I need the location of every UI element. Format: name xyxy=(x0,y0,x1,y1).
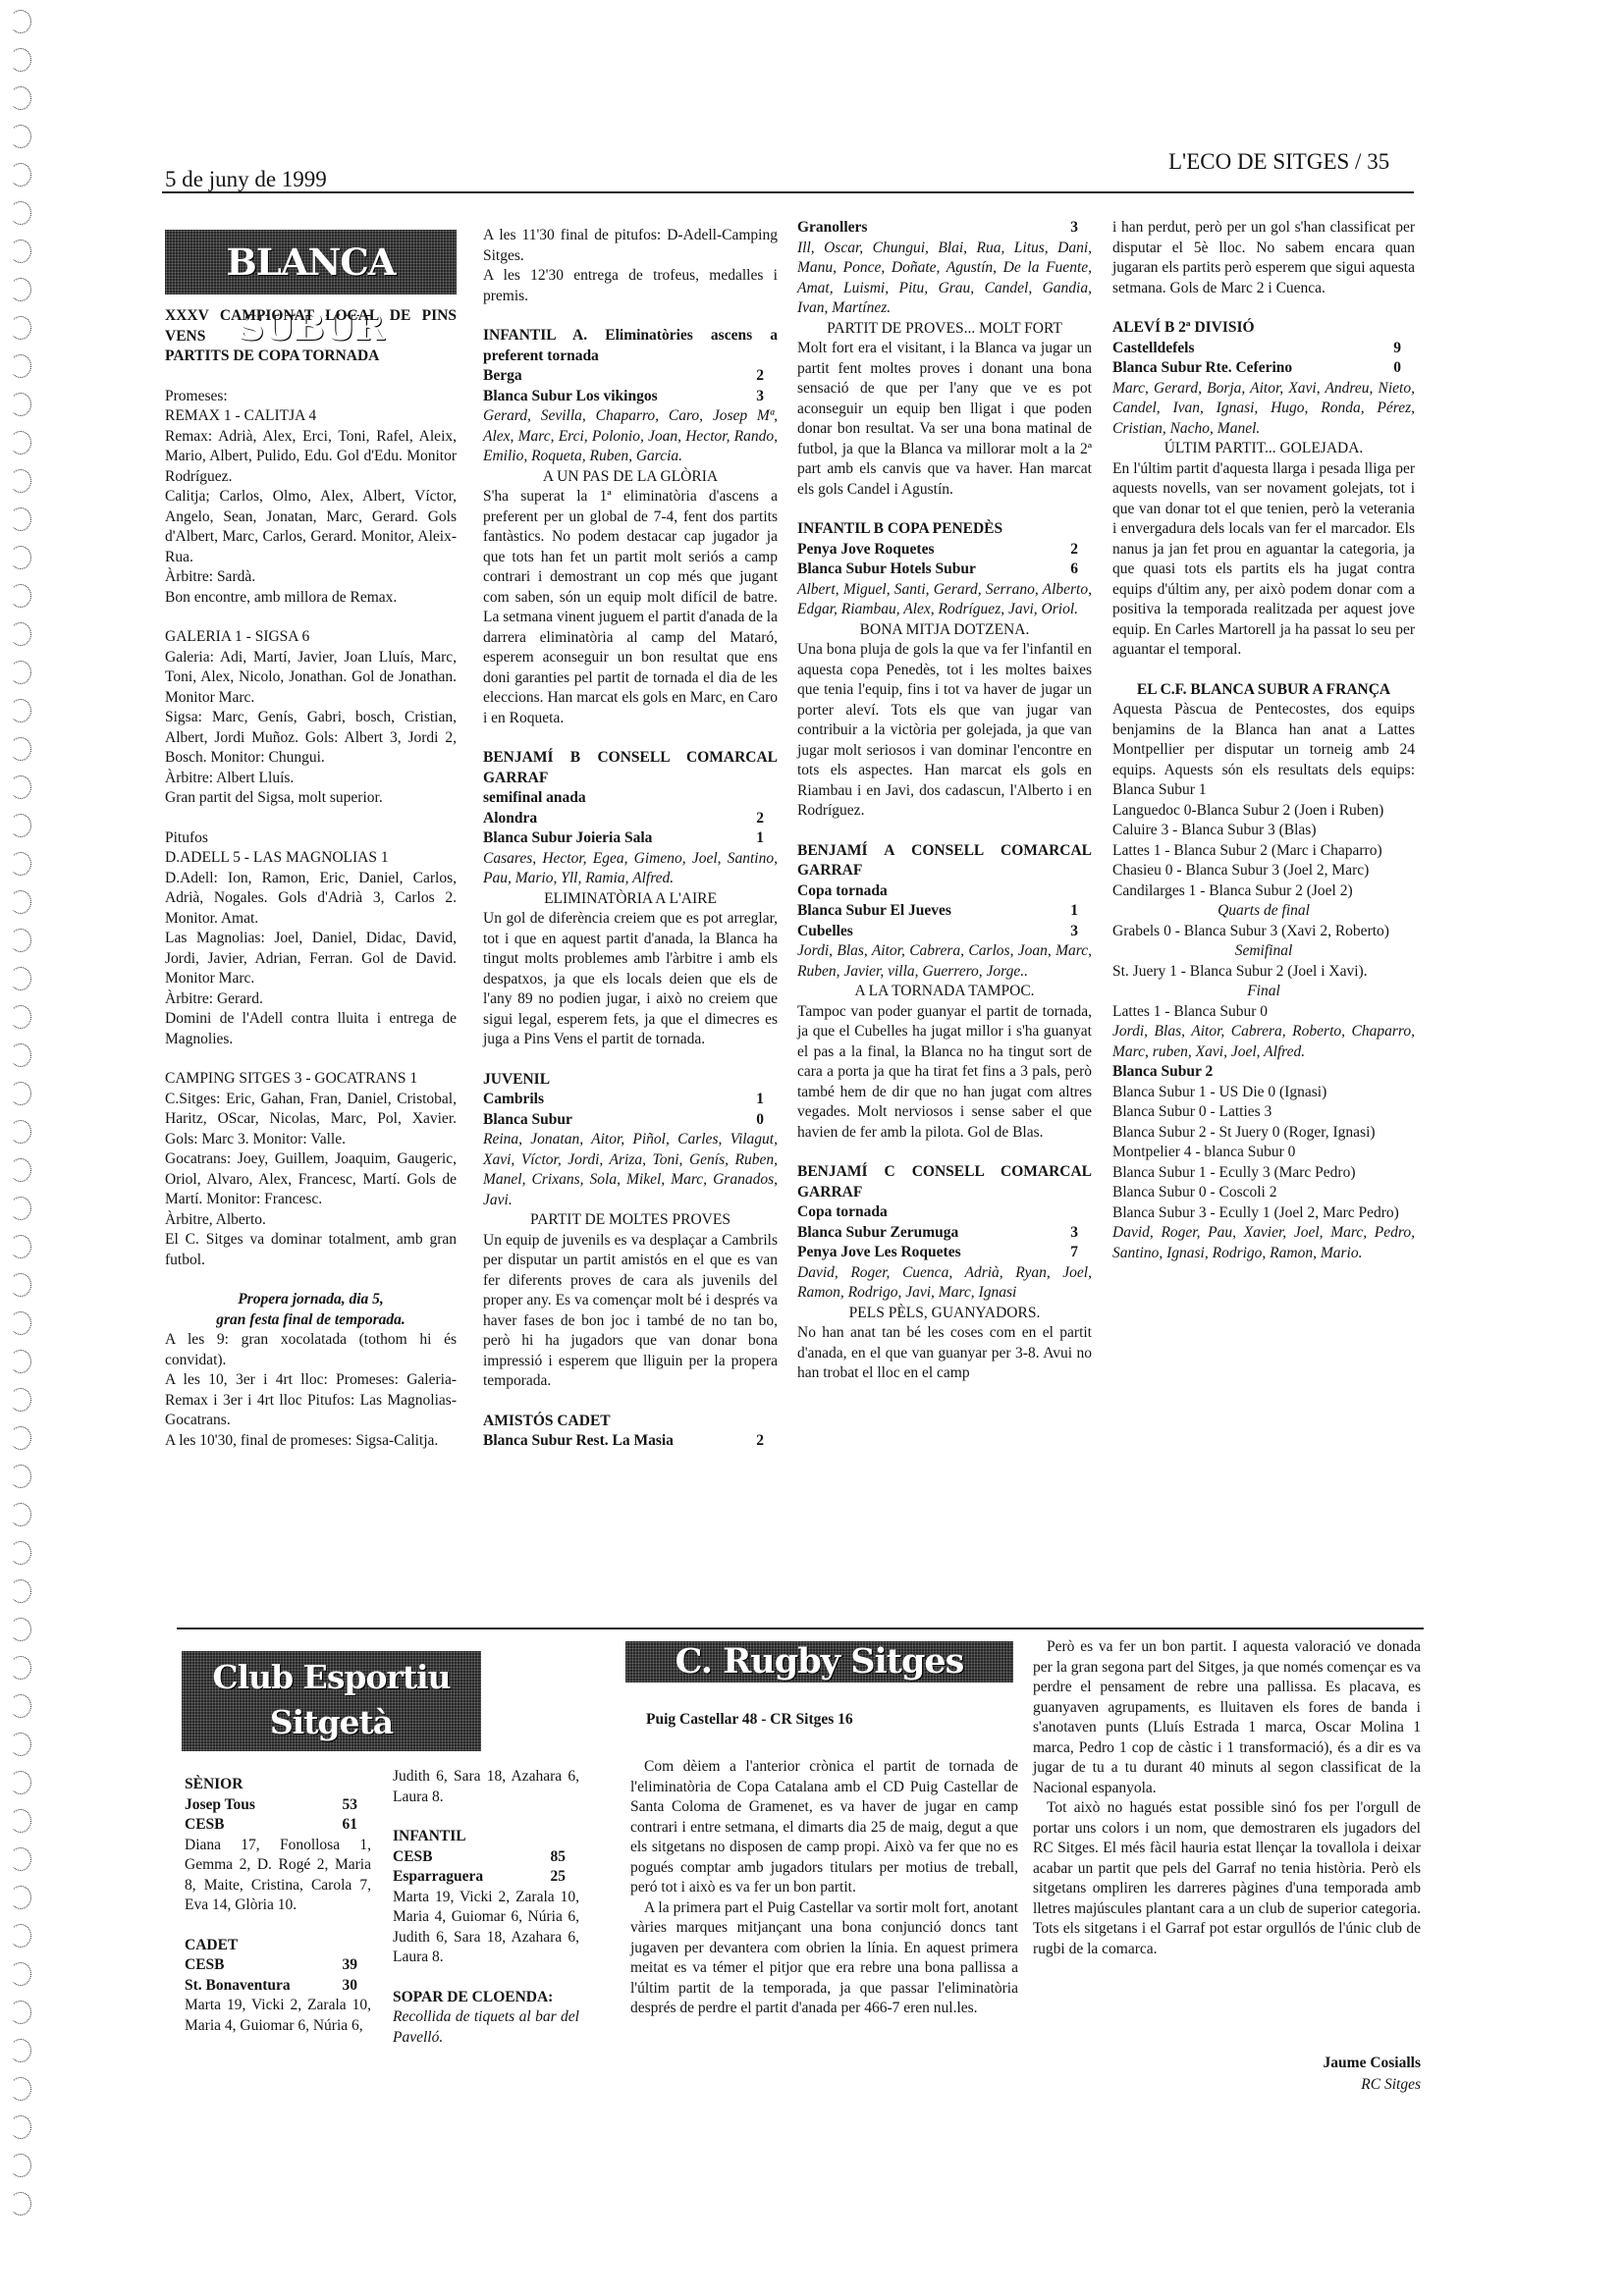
binding-hole-icon xyxy=(10,1618,31,1641)
paragraph: Semifinal xyxy=(1112,941,1415,962)
binding-hole-icon xyxy=(10,1388,31,1412)
binding-hole-icon xyxy=(10,775,31,799)
blanca-subur-column-2: A les 11'30 final de pitufos: D-Adell-Ca… xyxy=(483,226,778,1452)
binding-hole-icon xyxy=(10,1733,31,1756)
team-name: Cubelles xyxy=(797,922,853,942)
binding-hole-icon xyxy=(10,393,31,416)
score-row: Esparraguera25 xyxy=(393,1867,579,1888)
score-row: Blanca Subur Los vikingos3 xyxy=(483,387,778,407)
binding-hole-icon xyxy=(10,852,31,876)
paragraph: C.Sitges: Eric, Gahan, Fran, Daniel, Cri… xyxy=(165,1090,457,1150)
spacer xyxy=(185,1916,371,1936)
paragraph: En l'últim partit d'aquesta llarga i pes… xyxy=(1112,459,1415,661)
paragraph: Pitufos xyxy=(165,828,457,849)
paragraph: Chasieu 0 - Blanca Subur 3 (Joel 2, Marc… xyxy=(1112,861,1415,881)
paragraph: GALERIA 1 - SIGSA 6 xyxy=(165,627,457,648)
paragraph: Jordi, Blas, Aitor, Cabrera, Roberto, Ch… xyxy=(1112,1022,1415,1062)
score-row: CESB85 xyxy=(393,1847,579,1868)
binding-hole-icon xyxy=(10,1235,31,1258)
paragraph: Galeria: Adi, Martí, Javier, Joan Lluís,… xyxy=(165,648,457,709)
paragraph: A les 9: gran xocolatada (tothom hi és c… xyxy=(165,1330,457,1370)
binding-hole-icon xyxy=(10,967,31,990)
section-heading: BENJAMÍ A CONSELL COMARCAL GARRAF xyxy=(797,841,1092,881)
team-name: CESB xyxy=(185,1955,225,1976)
binding-hole-icon xyxy=(10,1273,31,1297)
binding-hole-icon xyxy=(10,1426,31,1450)
binding-hole-icon xyxy=(10,2077,31,2101)
paragraph: Àrbitre, Alberto. xyxy=(165,1210,457,1231)
paragraph: Un equip de juvenils es va desplaçar a C… xyxy=(483,1231,778,1392)
paragraph: Diana 17, Fonollosa 1, Gemma 2, D. Rogé … xyxy=(185,1836,371,1916)
spacer xyxy=(165,809,457,828)
club-esportiu-sitgeta-banner: Club Esportiu Sitgetà xyxy=(182,1651,481,1751)
binding-hole-icon xyxy=(10,2039,31,2062)
section-heading: INFANTIL A. Eliminatòries ascens a prefe… xyxy=(483,326,778,366)
section-heading: Copa tornada xyxy=(797,881,1092,902)
section-heading: Propera jornada, dia 5, xyxy=(165,1290,457,1310)
blanca-subur-banner: BLANCA SUBUR xyxy=(165,230,457,294)
paragraph: Grabels 0 - Blanca Subur 3 (Xavi 2, Robe… xyxy=(1112,922,1415,942)
paragraph: A LA TORNADA TAMPOC. xyxy=(797,982,1092,1002)
paragraph: Casares, Hector, Egea, Gimeno, Joel, San… xyxy=(483,849,778,889)
team-name: Blanca Subur Rest. La Masia xyxy=(483,1431,674,1452)
binding-hole-icon xyxy=(10,469,31,493)
paragraph: Marta 19, Vicki 2, Zarala 10, Maria 4, G… xyxy=(393,1888,579,1968)
team-score: 9 xyxy=(1393,339,1415,359)
team-score: 61 xyxy=(343,1815,372,1836)
team-score: 2 xyxy=(756,366,778,387)
binding-hole-icon xyxy=(10,1962,31,1986)
binding-hole-icon xyxy=(10,2001,31,2024)
team-name: Blanca Subur Los vikingos xyxy=(483,387,658,407)
paragraph: Però es va fer un bon partit. I aquesta … xyxy=(1033,1637,1421,1798)
binding-hole-icon xyxy=(10,1809,31,1833)
section-heading: AMISTÓS CADET xyxy=(483,1412,778,1432)
binding-hole-icon xyxy=(10,1197,31,1220)
team-score: 1 xyxy=(756,1090,778,1110)
paragraph: A les 11'30 final de pitufos: D-Adell-Ca… xyxy=(483,226,778,266)
paragraph: El C. Sitges va dominar totalment, amb g… xyxy=(165,1230,457,1270)
team-name: Penya Jove Roquetes xyxy=(797,540,935,561)
issue-date: 5 de juny de 1999 xyxy=(165,167,327,192)
binding-hole-icon xyxy=(10,1005,31,1029)
rugby-author: Jaume Cosialls xyxy=(1227,2054,1421,2074)
paragraph: Blanca Subur 1 - US Die 0 (Ignasi) xyxy=(1112,1083,1415,1103)
paragraph: Àrbitre: Gerard. xyxy=(165,989,457,1010)
spacer xyxy=(797,500,1092,519)
spacer xyxy=(1112,298,1415,318)
section-heading: SOPAR DE CLOENDA: xyxy=(393,1988,579,2008)
blanca-subur-column-1: XXXV CAMPIONAT LOCAL DE PINS VENSPARTITS… xyxy=(165,306,457,1451)
team-name: Alondra xyxy=(483,809,537,829)
score-row: Blanca Subur Joieria Sala1 xyxy=(483,828,778,849)
paragraph: PELS PÈLS, GUANYADORS. xyxy=(797,1304,1092,1324)
section-heading: INFANTIL xyxy=(393,1827,579,1847)
binding-hole-icon xyxy=(10,1503,31,1526)
paragraph: Tampoc van poder guanyar el partit de to… xyxy=(797,1002,1092,1144)
team-score: 3 xyxy=(1070,922,1092,942)
paragraph: Promeses: xyxy=(165,387,457,407)
paragraph: Recollida de tiquets al bar del Pavelló. xyxy=(393,2007,579,2048)
binding-hole-icon xyxy=(10,1082,31,1105)
binding-holes xyxy=(10,10,39,2230)
rugby-sitges-banner: C. Rugby Sitges xyxy=(625,1641,1013,1682)
paragraph: Las Magnolias: Joel, Daniel, Didac, Davi… xyxy=(165,929,457,989)
team-name: CESB xyxy=(393,1847,433,1868)
team-score: 53 xyxy=(343,1795,372,1816)
binding-hole-icon xyxy=(10,278,31,301)
binding-hole-icon xyxy=(10,1579,31,1603)
score-row: Granollers3 xyxy=(797,218,1092,239)
team-score: 3 xyxy=(756,387,778,407)
team-score: 3 xyxy=(1070,1223,1092,1244)
paragraph: Àrbitre: Albert Lluís. xyxy=(165,769,457,789)
score-row: Cambrils1 xyxy=(483,1090,778,1110)
binding-hole-icon xyxy=(10,890,31,914)
paragraph: Blanca Subur 0 - Latties 3 xyxy=(1112,1102,1415,1123)
paragraph: Ill, Oscar, Chungui, Blai, Rua, Litus, D… xyxy=(797,239,1092,319)
paragraph: Blanca Subur 1 - Ecully 3 (Marc Pedro) xyxy=(1112,1163,1415,1184)
team-name: Berga xyxy=(483,366,522,387)
score-row: Blanca Subur Rest. La Masia2 xyxy=(483,1431,778,1452)
paragraph: David, Roger, Pau, Xavier, Joel, Marc, P… xyxy=(1112,1223,1415,1263)
binding-hole-icon xyxy=(10,201,31,225)
team-score: 0 xyxy=(1393,358,1415,379)
binding-hole-icon xyxy=(10,699,31,722)
section-heading: semifinal anada xyxy=(483,788,778,809)
team-score: 85 xyxy=(551,1847,580,1868)
binding-hole-icon xyxy=(10,546,31,569)
spacer xyxy=(797,822,1092,841)
team-score: 3 xyxy=(1070,218,1092,239)
publication-page: L'ECO DE SITGES / 35 xyxy=(1168,149,1389,175)
score-row: Blanca Subur Zerumuga3 xyxy=(797,1223,1092,1244)
paragraph: Calitja; Carlos, Olmo, Alex, Albert, Víc… xyxy=(165,487,457,567)
paragraph: Gerard, Sevilla, Chaparro, Caro, Josep M… xyxy=(483,406,778,467)
score-row: St. Bonaventura30 xyxy=(185,1976,371,1997)
binding-hole-icon xyxy=(10,2192,31,2216)
paragraph: S'ha superat la 1ª eliminatòria d'ascens… xyxy=(483,487,778,728)
paragraph: CAMPING SITGES 3 - GOCATRANS 1 xyxy=(165,1069,457,1090)
spacer xyxy=(797,1143,1092,1162)
paragraph: D.ADELL 5 - LAS MAGNOLIAS 1 xyxy=(165,848,457,869)
spacer xyxy=(165,608,457,627)
paragraph: Caluire 3 - Blanca Subur 3 (Blas) xyxy=(1112,821,1415,841)
paragraph: A la primera part el Puig Castellar va s… xyxy=(630,1898,1018,2019)
spacer xyxy=(165,1270,457,1290)
rugby-column-1: Com dèiem a l'anterior crònica el partit… xyxy=(630,1757,1018,2019)
paragraph: Com dèiem a l'anterior crònica el partit… xyxy=(630,1757,1018,1898)
binding-hole-icon xyxy=(10,507,31,531)
rugby-author-org: RC Sitges xyxy=(1227,2075,1421,2096)
section-heading: XXXV CAMPIONAT LOCAL DE PINS VENS xyxy=(165,306,457,347)
paragraph: Blanca Subur 2 - St Juery 0 (Roger, Igna… xyxy=(1112,1123,1415,1144)
binding-hole-icon xyxy=(10,1847,31,1871)
paragraph: A les 10, 3er i 4rt lloc: Promeses: Gale… xyxy=(165,1370,457,1431)
binding-hole-icon xyxy=(10,737,31,761)
team-name: Blanca Subur Zerumuga xyxy=(797,1223,958,1244)
team-score: 30 xyxy=(343,1976,372,1997)
paragraph: A les 12'30 entrega de trofeus, medalles… xyxy=(483,266,778,306)
paragraph: Blanca Subur 3 - Ecully 1 (Joel 2, Marc … xyxy=(1112,1203,1415,1224)
team-score: 0 xyxy=(756,1110,778,1131)
section-heading: EL C.F. BLANCA SUBUR A FRANÇA xyxy=(1112,680,1415,701)
paragraph: Lattes 1 - Blanca Subur 0 xyxy=(1112,1002,1415,1023)
score-row: Berga2 xyxy=(483,366,778,387)
spacer xyxy=(393,1968,579,1988)
section-heading: JUVENIL xyxy=(483,1070,778,1091)
team-name: Josep Tous xyxy=(185,1795,255,1816)
score-row: Alondra2 xyxy=(483,809,778,829)
paragraph: PARTIT DE PROVES... MOLT FORT xyxy=(797,319,1092,340)
section-heading: ALEVÍ B 2ª DIVISIÓ xyxy=(1112,318,1415,339)
paragraph: Gocatrans: Joey, Guillem, Joaquim, Gauge… xyxy=(165,1149,457,1210)
team-score: 25 xyxy=(551,1867,580,1888)
paragraph: ÚLTIM PARTIT... GOLEJADA. xyxy=(1112,439,1415,459)
binding-hole-icon xyxy=(10,1694,31,1718)
score-row: CESB39 xyxy=(185,1955,371,1976)
team-name: Blanca Subur xyxy=(483,1110,572,1131)
spacer xyxy=(165,1049,457,1069)
paragraph: BONA MITJA DOTZENA. xyxy=(797,620,1092,641)
team-name: Castelldefels xyxy=(1112,339,1195,359)
binding-hole-icon xyxy=(10,622,31,646)
team-name: St. Bonaventura xyxy=(185,1976,291,1997)
rugby-column-2: Però es va fer un bon partit. I aquesta … xyxy=(1033,1637,1421,1959)
paragraph: Aquesta Pàscua de Pentecostes, dos equip… xyxy=(1112,700,1415,801)
paragraph: Àrbitre: Sardà. xyxy=(165,567,457,588)
team-name: Penya Jove Les Roquetes xyxy=(797,1243,961,1263)
team-score: 1 xyxy=(756,828,778,849)
score-row: CESB61 xyxy=(185,1815,371,1836)
binding-hole-icon xyxy=(10,163,31,187)
binding-hole-icon xyxy=(10,1350,31,1373)
team-name: Blanca Subur Rte. Ceferino xyxy=(1112,358,1292,379)
paragraph: Domini de l'Adell contra lluita i entreg… xyxy=(165,1009,457,1049)
paragraph: D.Adell: Ion, Ramon, Eric, Daniel, Carlo… xyxy=(165,869,457,930)
spacer xyxy=(165,367,457,387)
binding-hole-icon xyxy=(10,929,31,952)
binding-hole-icon xyxy=(10,86,31,110)
paragraph: Sigsa: Marc, Genís, Gabri, bosch, Cristi… xyxy=(165,708,457,769)
binding-hole-icon xyxy=(10,1120,31,1144)
section-heading: PARTITS DE COPA TORNADA xyxy=(165,347,457,367)
team-score: 1 xyxy=(1070,901,1092,922)
team-score: 2 xyxy=(756,1431,778,1452)
paragraph: Tot això no hagués estat possible sinó f… xyxy=(1033,1798,1421,1959)
binding-hole-icon xyxy=(10,240,31,263)
section-heading: BENJAMÍ B CONSELL COMARCAL GARRAF xyxy=(483,748,778,788)
binding-hole-icon xyxy=(10,1656,31,1680)
header-rule xyxy=(162,191,1414,193)
paragraph: REMAX 1 - CALITJA 4 xyxy=(165,406,457,427)
paragraph: Un gol de diferència creiem que es pot a… xyxy=(483,909,778,1050)
binding-hole-icon xyxy=(10,1043,31,1067)
paragraph: No han anat tan bé les coses com en el p… xyxy=(797,1323,1092,1384)
binding-hole-icon xyxy=(10,2154,31,2177)
paragraph: Montpelier 4 - blanca Subur 0 xyxy=(1112,1143,1415,1163)
team-name: Blanca Subur Joieria Sala xyxy=(483,828,652,849)
section-heading: BENJAMÍ C CONSELL COMARCAL GARRAF xyxy=(797,1162,1092,1202)
section-divider xyxy=(177,1628,1424,1629)
team-score: 7 xyxy=(1070,1243,1092,1263)
banner-line-2: Sitgetà xyxy=(182,1700,481,1745)
binding-hole-icon xyxy=(10,316,31,340)
binding-hole-icon xyxy=(10,1771,31,1794)
binding-hole-icon xyxy=(10,125,31,148)
binding-hole-icon xyxy=(10,2115,31,2139)
section-heading: CADET xyxy=(185,1936,371,1956)
spacer xyxy=(483,306,778,326)
binding-hole-icon xyxy=(10,814,31,837)
binding-hole-icon xyxy=(10,661,31,684)
paragraph: Jordi, Blas, Aitor, Cabrera, Carlos, Joa… xyxy=(797,941,1092,982)
team-name: Esparraguera xyxy=(393,1867,483,1888)
paragraph: David, Roger, Cuenca, Adrià, Ryan, Joel,… xyxy=(797,1263,1092,1304)
paragraph: Albert, Miguel, Santi, Gerard, Serrano, … xyxy=(797,580,1092,620)
paragraph: St. Juery 1 - Blanca Subur 2 (Joel i Xav… xyxy=(1112,962,1415,983)
section-heading: SÈNIOR xyxy=(185,1775,371,1795)
paragraph: PARTIT DE MOLTES PROVES xyxy=(483,1210,778,1231)
binding-hole-icon xyxy=(10,584,31,608)
binding-hole-icon xyxy=(10,1158,31,1182)
paragraph: Candilarges 1 - Blanca Subur 2 (Joel 2) xyxy=(1112,881,1415,902)
section-heading: gran festa final de temporada. xyxy=(165,1310,457,1331)
score-row: Penya Jove Roquetes2 xyxy=(797,540,1092,561)
team-name: Blanca Subur El Jueves xyxy=(797,901,951,922)
spacer xyxy=(393,1807,579,1827)
team-score: 2 xyxy=(756,809,778,829)
score-row: Blanca Subur0 xyxy=(483,1110,778,1131)
paragraph: Lattes 1 - Blanca Subur 2 (Marc i Chapar… xyxy=(1112,841,1415,862)
score-row: Blanca Subur El Jueves1 xyxy=(797,901,1092,922)
rugby-result: Puig Castellar 48 - CR Sitges 16 xyxy=(646,1710,1019,1731)
paragraph: Quarts de final xyxy=(1112,901,1415,922)
paragraph: Languedoc 0-Blanca Subur 2 (Joen i Ruben… xyxy=(1112,801,1415,822)
paragraph: Reina, Jonatan, Aitor, Piñol, Carles, Vi… xyxy=(483,1130,778,1210)
binding-hole-icon xyxy=(10,1886,31,1909)
paragraph: Judith 6, Sara 18, Azahara 6, Laura 8. xyxy=(393,1767,579,1807)
team-score: 2 xyxy=(1070,540,1092,561)
binding-hole-icon xyxy=(10,1924,31,1948)
paragraph: Gran partit del Sigsa, molt superior. xyxy=(165,788,457,809)
binding-hole-icon xyxy=(10,354,31,378)
section-heading: INFANTIL B COPA PENEDÈS xyxy=(797,519,1092,540)
score-row: Castelldefels9 xyxy=(1112,339,1415,359)
spacer xyxy=(483,728,778,748)
binding-hole-icon xyxy=(10,1541,31,1565)
spacer xyxy=(1112,661,1415,680)
binding-hole-icon xyxy=(10,1465,31,1488)
ces-column-1: SÈNIORJosep Tous53CESB61Diana 17, Fonoll… xyxy=(185,1775,371,2036)
paragraph: Blanca Subur 0 - Coscoli 2 xyxy=(1112,1183,1415,1203)
binding-hole-icon xyxy=(10,1311,31,1335)
team-name: CESB xyxy=(185,1815,225,1836)
paragraph: Una bona pluja de gols la que va fer l'i… xyxy=(797,640,1092,822)
score-row: Blanca Subur Hotels Subur6 xyxy=(797,560,1092,580)
ces-column-2: Judith 6, Sara 18, Azahara 6, Laura 8.IN… xyxy=(393,1767,579,2048)
paragraph: A les 10'30, final de promeses: Sigsa-Ca… xyxy=(165,1431,457,1452)
paragraph: Final xyxy=(1112,982,1415,1002)
blanca-subur-column-3: Granollers3Ill, Oscar, Chungui, Blai, Ru… xyxy=(797,218,1092,1384)
score-row: Josep Tous53 xyxy=(185,1795,371,1816)
binding-hole-icon xyxy=(10,10,31,33)
team-score: 39 xyxy=(343,1955,372,1976)
team-name: Blanca Subur Hotels Subur xyxy=(797,560,976,580)
section-heading: Copa tornada xyxy=(797,1202,1092,1223)
paragraph: Remax: Adrià, Alex, Erci, Toni, Rafel, A… xyxy=(165,427,457,488)
paragraph: A UN PAS DE LA GLÒRIA xyxy=(483,467,778,488)
spacer xyxy=(483,1392,778,1412)
banner-line-1: Club Esportiu xyxy=(182,1655,481,1700)
paragraph: Bon encontre, amb millora de Remax. xyxy=(165,588,457,609)
section-heading: Blanca Subur 2 xyxy=(1112,1062,1415,1083)
score-row: Penya Jove Les Roquetes7 xyxy=(797,1243,1092,1263)
binding-hole-icon xyxy=(10,48,31,72)
paragraph: Marc, Gerard, Borja, Aitor, Xavi, Andreu… xyxy=(1112,379,1415,440)
paragraph: i han perdut, però per un gol s'han clas… xyxy=(1112,218,1415,298)
paragraph: ELIMINATÒRIA A L'AIRE xyxy=(483,889,778,910)
team-name: Granollers xyxy=(797,218,867,239)
team-name: Cambrils xyxy=(483,1090,544,1110)
spacer xyxy=(483,1050,778,1070)
binding-hole-icon xyxy=(10,431,31,454)
score-row: Cubelles3 xyxy=(797,922,1092,942)
blanca-subur-column-4: i han perdut, però per un gol s'han clas… xyxy=(1112,218,1415,1263)
score-row: Blanca Subur Rte. Ceferino0 xyxy=(1112,358,1415,379)
paragraph: Molt fort era el visitant, i la Blanca v… xyxy=(797,339,1092,500)
team-score: 6 xyxy=(1070,560,1092,580)
paragraph: Marta 19, Vicki 2, Zarala 10, Maria 4, G… xyxy=(185,1996,371,2036)
